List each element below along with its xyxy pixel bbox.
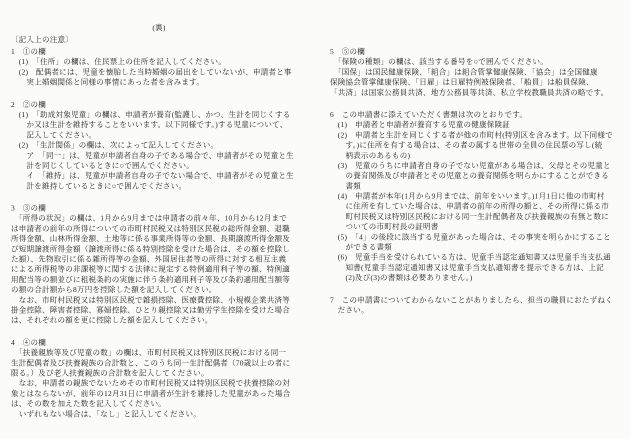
text-line: 5 ⑤の欄 [330,47,626,57]
text-line: 生計配偶者及び扶養親族の合計数と、このうち同一生計配偶者（70歳以上の者に [11,358,317,368]
text-line: 7 この申請書についてわからないことがありましたら、担当の職員におたずねく [330,295,626,305]
text-line: に住所を有していた場合は、申請者の前年の所得の額と、その所得に係る市 [330,202,626,212]
text-line: ア 「同一」は、児童が申請者自身の子である場合で、申請者がその児童と生 [11,151,317,161]
text-line: は申請者の前年の所得についての市町村民税又は特別区民税の総所得金額、退職 [11,224,317,234]
instruction-section-3: 3 ③の欄 「所得の状況」の欄は、1月から9月までは申請者の前々年、10月から1… [11,204,317,326]
text-line: は、それぞれの額を更に控除した額を記入してください。 [11,316,317,326]
text-line: 書類 [330,181,626,191]
left-column: 1 ①の欄 (1) 「住所」の欄は、住民票上の住所を記入してください。 (2) … [11,47,317,431]
text-line: 2 ②の欄 [11,100,317,110]
text-line: 3 ③の欄 [11,204,317,214]
document-page: (裏) 〔記入上の注意〕 1 ①の欄 (1) 「住所」の欄は、住民票上の住所を記… [0,0,630,439]
text-line: 6 この申請書に添えていただく書類は次のとおりです。 [330,110,626,120]
text-line: は、その数を加えた数を記入してください。 [11,399,317,409]
text-line: (1) 「助成対象児童」の欄は、申請者が養育(監護し、かつ、生計を同じくする [11,110,317,120]
text-line: た額）、先物取引に係る雑所得等の金額、外国居住者等の所得に対する相互主義 [11,255,317,265]
text-line: (2) 配偶者には、児童を懐胎した当時婚姻の届出をしていないが、申請者と事 [11,67,317,77]
text-line: なお、申請者の親族でないためその市町村民税又は特別区民税で扶養控除の対 [11,379,317,389]
text-line: 「扶養親族等及び児童の数」の欄は、市町村民税又は特別区民税における同一 [11,348,317,358]
instruction-section-7: 7 この申請書についてわからないことがありましたら、担当の職員におたずねく ださ… [330,295,626,315]
text-line: 限る。）及び老人扶養親族の合計数を記入してください。 [11,368,317,378]
notes-heading: 〔記入上の注意〕 [11,34,73,45]
text-line: 知書(児童手当認定通知書又は児童手当支払通知書を提示できる方は、上記 [330,263,626,273]
text-line: (2) 申請者と生計を同じくする者が他の市町村(特別区を含みます。以下同様で [330,130,626,140]
instruction-section-5: 5 ⑤の欄 「保険の種類」の欄は、該当する番号を○で囲んでください。 「国保」は… [330,47,626,98]
text-line: ができる書類 [330,243,626,253]
text-line: 計を同じくしているときに○で囲んでください。 [11,161,317,171]
text-line: 4 ④の欄 [11,338,317,348]
text-line: 用配当等の額並びに租税条約の実施に伴う条約適用利子等及び条約適用配当額等 [11,275,317,285]
text-line: 記入してください。 [11,130,317,140]
text-line: の額の合計額から8万円を控除した額を記入してください。 [11,285,317,295]
text-line: す。)に住所を有する場合は、その者の属する世帯の全員の住民票の写し(続 [330,141,626,151]
text-line: による所得税等の非課税等に関する法律に規定する特例適用利子等の額、特例適 [11,265,317,275]
text-line: ついての市町村長の証明書 [330,222,626,232]
instruction-section-1: 1 ①の欄 (1) 「住所」の欄は、住民票上の住所を記入してください。 (2) … [11,47,317,88]
text-line: (1) 「住所」の欄は、住民票上の住所を記入してください。 [11,57,317,67]
text-line: 「保険の種類」の欄は、該当する番号を○で囲んでください。 [330,57,626,67]
text-line: 「所得の状況」の欄は、1月から9月までは申請者の前々年、10月から12月まで [11,214,317,224]
right-column: 5 ⑤の欄 「保険の種類」の欄は、該当する番号を○で囲んでください。 「国保」は… [330,47,626,328]
text-line: か又は生計を維持することをいいます。以下同様です。)する児童について、 [11,120,317,130]
text-line: 保険協会管掌健康保険、「日雇」は日雇特例被保険者、「船員」は船員保険、 [330,78,626,88]
text-line: び短期譲渡所得金額（譲渡所得に係る特別控除を受けた場合は、その額を控除し [11,244,317,254]
text-line: いずれもない場合は、「なし」と記入してください。 [11,409,317,419]
text-line: なお、市町村民税又は特別区民税で雑損控除、医療費控除、小規模企業共済等 [11,295,317,305]
instruction-section-4: 4 ④の欄 「扶養親族等及び児童の数」の欄は、市町村民税又は特別区民税における同… [11,338,317,420]
text-line: 実上婚姻関係と同様の事情にあった者を含みます。 [11,78,317,88]
instruction-section-6: 6 この申請書に添えていただく書類は次のとおりです。 (1) 申請者と申請者が養… [330,110,626,283]
text-line: 計を維持しているときに○で囲んでください。 [11,181,317,191]
text-line: (2) 「生計関係」の欄は、次によって記入してください。 [11,141,317,151]
text-line: 掛金控除、障害者控除、寡婦控除、ひとり親控除又は勤労学生控除を受けた場合 [11,305,317,315]
instruction-section-2: 2 ②の欄 (1) 「助成対象児童」の欄は、申請者が養育(監護し、かつ、生計を同… [11,100,317,192]
text-line: (6) 児童手当を受けられている方は、児童手当認定通知書又は児童手当支払通 [330,253,626,263]
text-line: ださい。 [330,305,626,315]
text-line: 「国保」は国民健康保険、「組合」は組合管掌健康保険、「協会」は全国健康 [330,67,626,77]
text-line: (1) 申請者と申請者が養育する児童の健康保険証 [330,120,626,130]
text-line: 1 ①の欄 [11,47,317,57]
text-line: の養育関係及び申請者とその児童との養育関係を明らかにすることができる [330,171,626,181]
text-line: 町村民税又は特別区民税における同一生計配偶者及び扶養親族の有無と数に [330,212,626,222]
text-line: 所得金額、山林所得金額、土地等に係る事業所得等の金額、長期譲渡所得金額及 [11,234,317,244]
text-line: (3) 児童のうちに申請者自身の子でない児童がある場合は、父母とその児童と [330,161,626,171]
text-line: (5) 「4」の後段に該当する児童があった場合は、その事実を明らかにすること [330,232,626,242]
text-line: 「共済」は国家公務員共済、地方公務員等共済、私立学校教職員共済の略です。 [330,88,626,98]
text-line: (2)及び(3)の書類は必要ありません。) [330,273,626,283]
text-line: (4) 申請者が本年(1月から9月までは、前年をいいます。)1月1日に他の市町村 [330,192,626,202]
page-side-label: (裏) [152,22,165,33]
text-line: イ 「維持」は、児童が申請者自身の子でない場合で、申請者がその児童と生 [11,171,317,181]
text-line: 象とはならないが、前年の12月31日に申請者が生計を維持した児童があった場合 [11,389,317,399]
text-line: 柄表示のあるもの) [330,151,626,161]
